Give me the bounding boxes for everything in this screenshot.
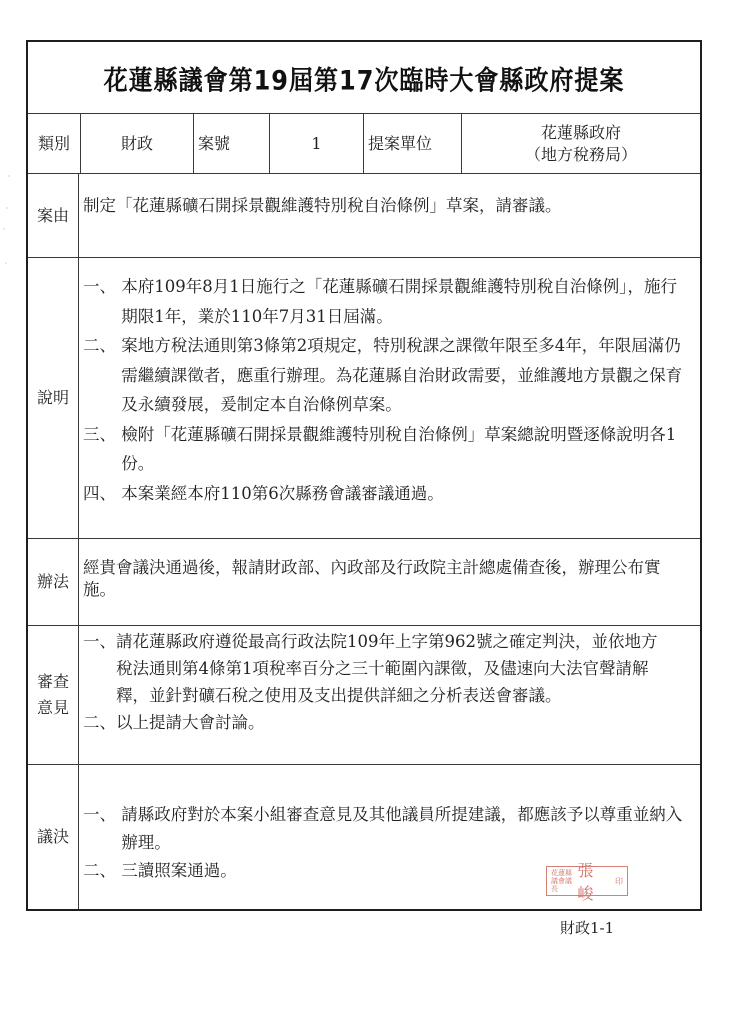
review-item: 二、 以上提請大會討論。 — [83, 709, 660, 736]
explanation-item: 一、 本府109年8月1日施行之「花蓮縣礦石開採景觀維護特別稅自治條例」，施行期… — [83, 272, 688, 331]
category-label: 類別 — [28, 114, 81, 173]
proposer-line2: （地方稅務局） — [525, 144, 637, 166]
resolution-item: 一、 請縣政府對於本案小組審查意見及其他議員所提建議，都應該予以尊重並納入辦理。 — [83, 801, 688, 857]
scan-speck — [3, 228, 5, 230]
review-row: 審查 意見 一、 請花蓮縣政府遵從最高行政法院109年上字第962號之確定判決，… — [28, 626, 700, 765]
explanation-content: 一、 本府109年8月1日施行之「花蓮縣礦石開採景觀維護特別稅自治條例」，施行期… — [79, 258, 700, 538]
explanation-label: 說明 — [28, 258, 79, 538]
method-row: 辦法 經貴會議決通過後，報請財政部、內政部及行政院主計總處備查後，辦理公布實施。 — [28, 539, 700, 626]
stamp-name: 張峻 — [577, 858, 615, 904]
document-title: 花蓮縣議會第19屆第17次臨時大會縣政府提案 — [104, 58, 625, 97]
category-value: 財政 — [81, 114, 194, 173]
stamp-small-text: 花蓮縣議會議長 — [551, 869, 577, 893]
meta-row: 類別 財政 案號 1 提案單位 花蓮縣政府 （地方稅務局） — [28, 114, 700, 174]
page-footer-number: 財政1-1 — [560, 917, 614, 938]
review-label: 審查 意見 — [28, 626, 79, 764]
proposer-label: 提案單位 — [364, 114, 462, 173]
review-list: 一、 請花蓮縣政府遵從最高行政法院109年上字第962號之確定判決，並依地方稅法… — [83, 628, 660, 736]
scan-speck — [5, 262, 7, 264]
method-label: 辦法 — [28, 539, 79, 625]
explanation-item: 三、 檢附「花蓮縣礦石開採景觀維護特別稅自治條例」草案總說明暨逐條說明各1份。 — [83, 420, 688, 479]
explanation-row: 說明 一、 本府109年8月1日施行之「花蓮縣礦石開採景觀維護特別稅自治條例」，… — [28, 258, 700, 539]
reason-label: 案由 — [28, 174, 79, 257]
review-label-line2: 意見 — [37, 695, 69, 721]
proposer-value: 花蓮縣政府 （地方稅務局） — [462, 114, 700, 173]
method-text: 經貴會議決通過後，報請財政部、內政部及行政院主計總處備查後，辦理公布實施。 — [79, 539, 700, 625]
scan-speck — [8, 175, 10, 177]
case-no-value: 1 — [270, 114, 364, 173]
title-row: 花蓮縣議會第19屆第17次臨時大會縣政府提案 — [28, 42, 700, 114]
stamp-suffix: 印 — [615, 876, 623, 887]
review-content: 一、 請花蓮縣政府遵從最高行政法院109年上字第962號之確定判決，並依地方稅法… — [79, 626, 700, 764]
proposal-table: 花蓮縣議會第19屆第17次臨時大會縣政府提案 類別 財政 案號 1 提案單位 花… — [26, 40, 702, 911]
reason-text: 制定「花蓮縣礦石開採景觀維護特別稅自治條例」草案，請審議。 — [79, 174, 700, 257]
speaker-seal-stamp: 花蓮縣議會議長 張峻 印 — [546, 866, 628, 896]
scan-speck — [6, 207, 8, 209]
explanation-item: 四、 本案業經本府110第6次縣務會議審議通過。 — [83, 479, 688, 509]
reason-row: 案由 制定「花蓮縣礦石開採景觀維護特別稅自治條例」草案，請審議。 — [28, 174, 700, 258]
explanation-list: 一、 本府109年8月1日施行之「花蓮縣礦石開採景觀維護特別稅自治條例」，施行期… — [83, 272, 688, 508]
case-no-label: 案號 — [194, 114, 270, 173]
review-label-line1: 審查 — [37, 669, 69, 695]
explanation-item: 二、 案地方稅法通則第3條第2項規定，特別稅課之課徵年限至多4年，年限屆滿仍需繼… — [83, 331, 688, 420]
review-item: 一、 請花蓮縣政府遵從最高行政法院109年上字第962號之確定判決，並依地方稅法… — [83, 628, 660, 709]
document-page: 花蓮縣議會第19屆第17次臨時大會縣政府提案 類別 財政 案號 1 提案單位 花… — [0, 0, 734, 1023]
proposer-line1: 花蓮縣政府 — [541, 122, 621, 144]
resolution-label: 議決 — [28, 765, 79, 909]
